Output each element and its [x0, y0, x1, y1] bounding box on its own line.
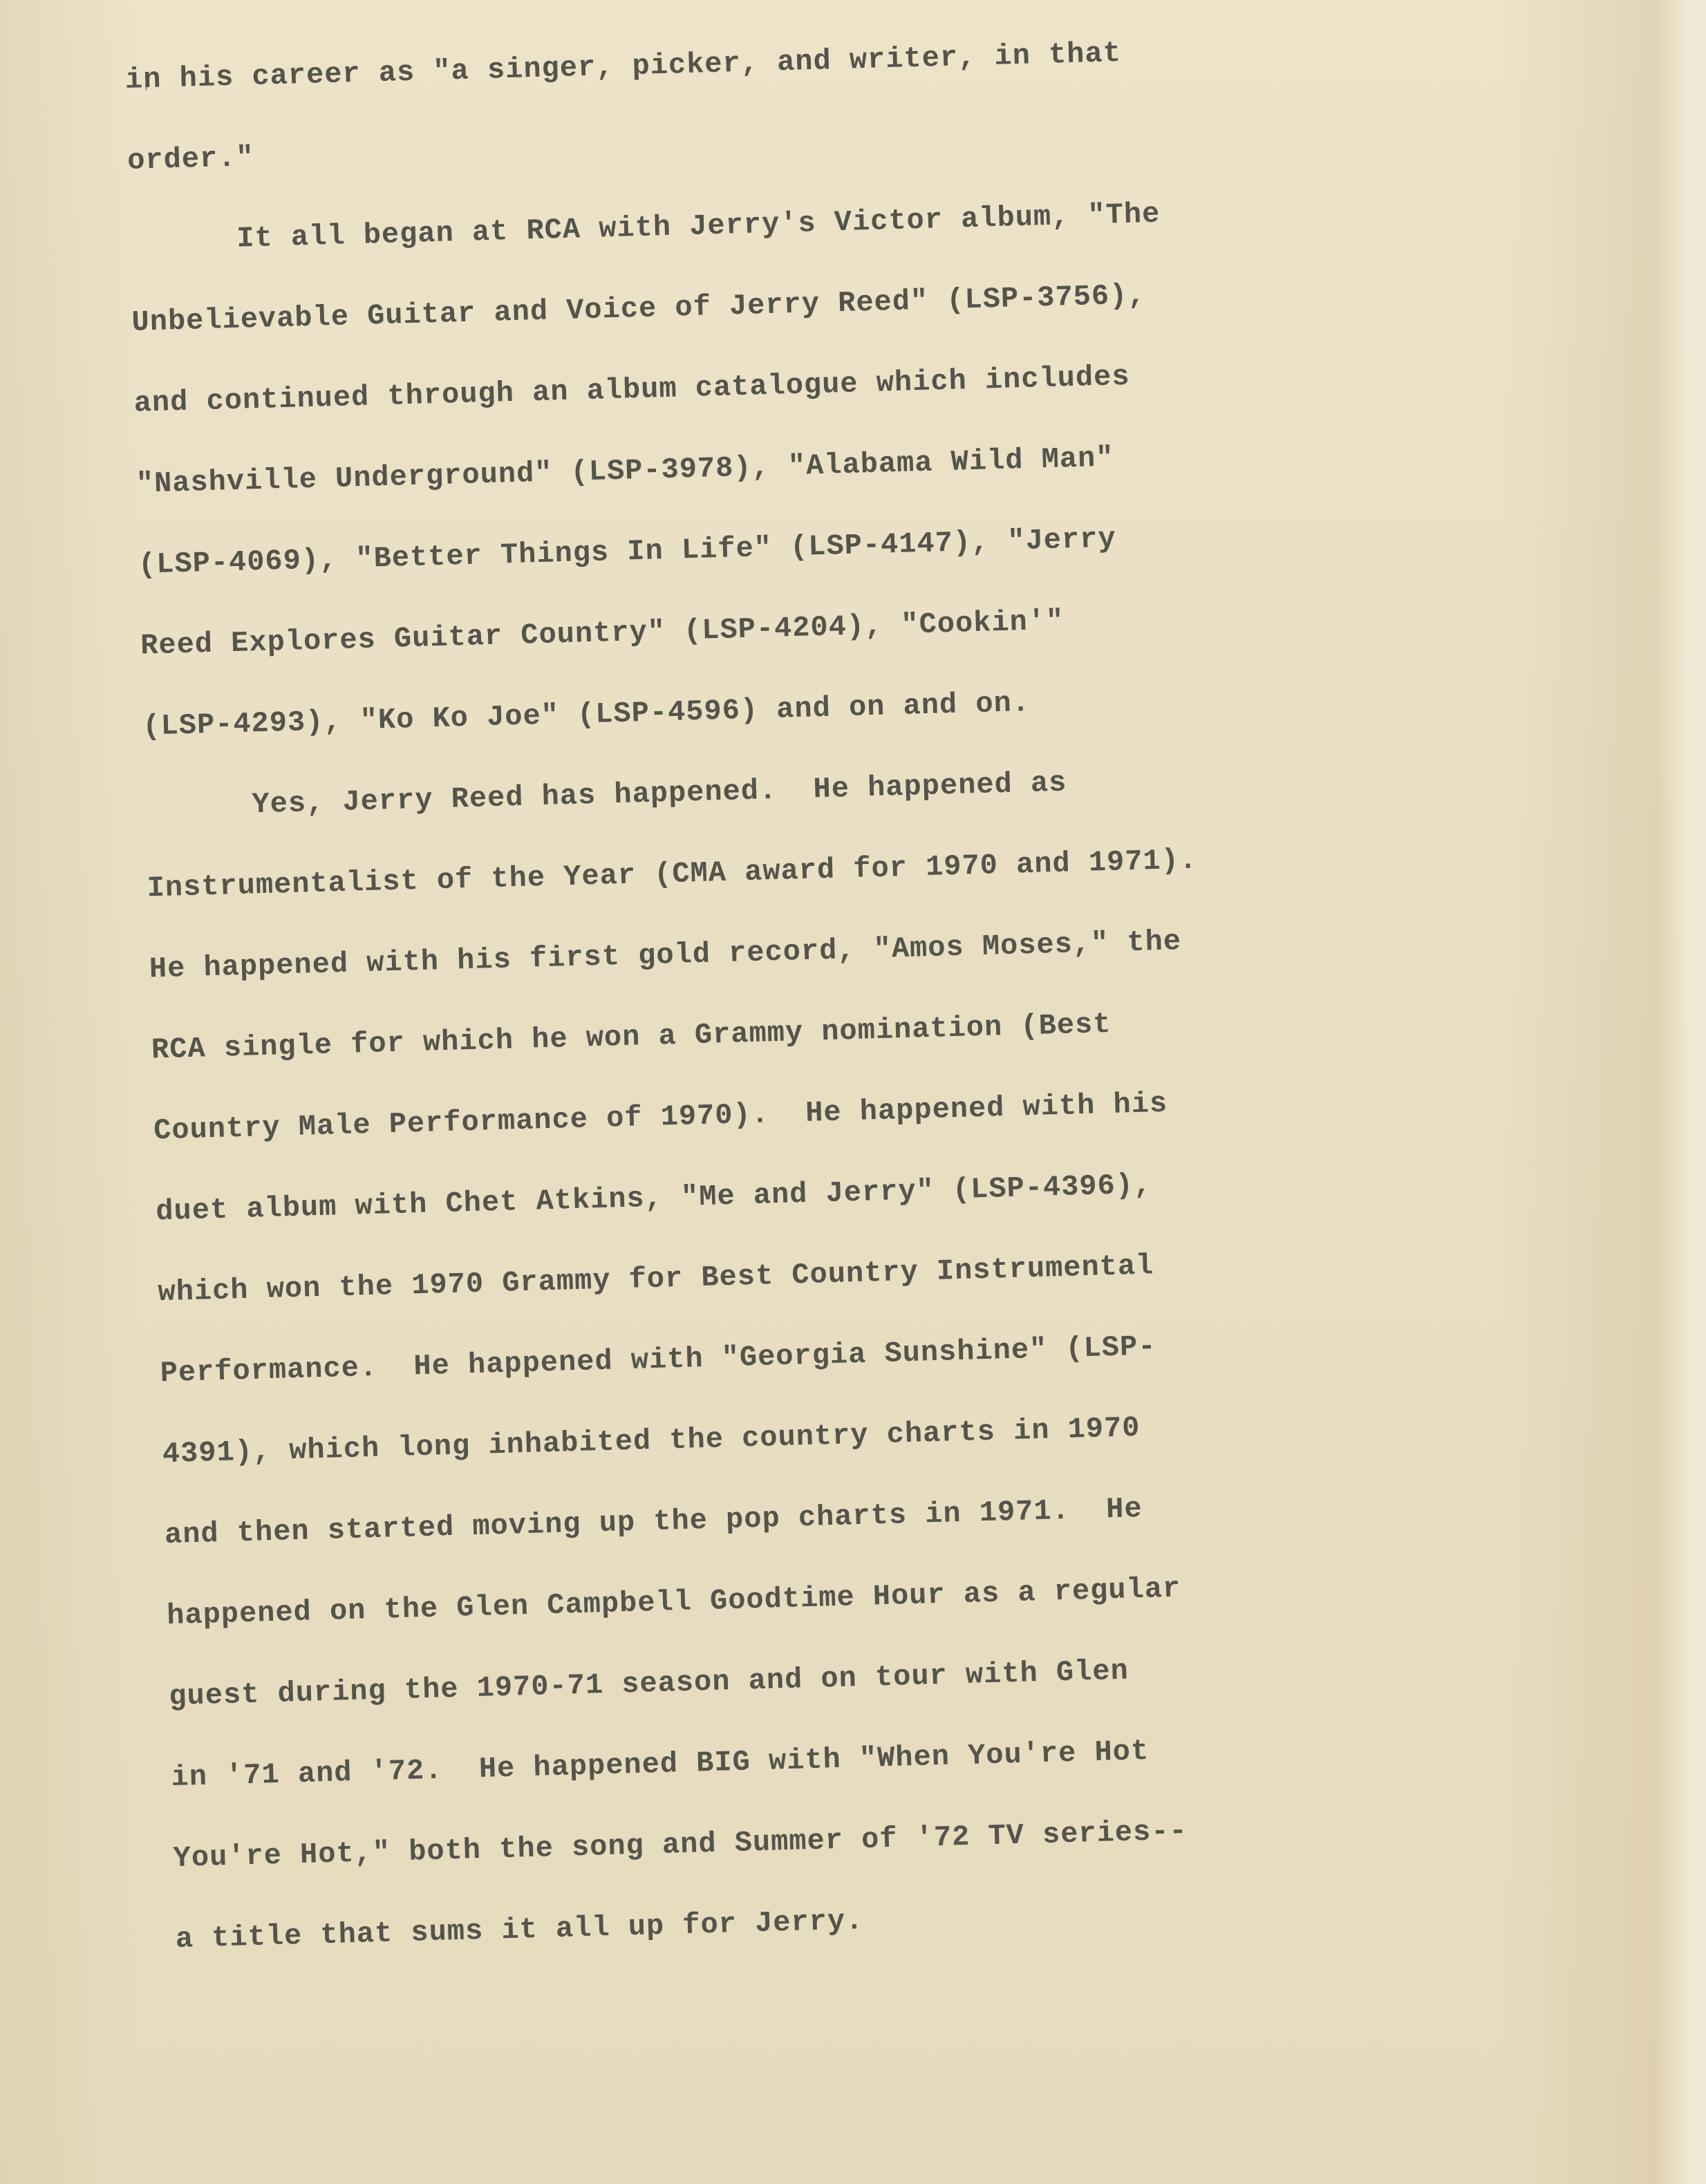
- paragraph-rca-albums: It all began at RCA with Jerry's Victor …: [129, 164, 1526, 768]
- document-page: in his career as "a singer, picker, and …: [0, 0, 1706, 2184]
- typewritten-text: in his career as "a singer, picker, and …: [124, 3, 1559, 1980]
- paragraph-jerry-reed-happened: Yes, Jerry Reed has happened. He happene…: [144, 730, 1559, 1979]
